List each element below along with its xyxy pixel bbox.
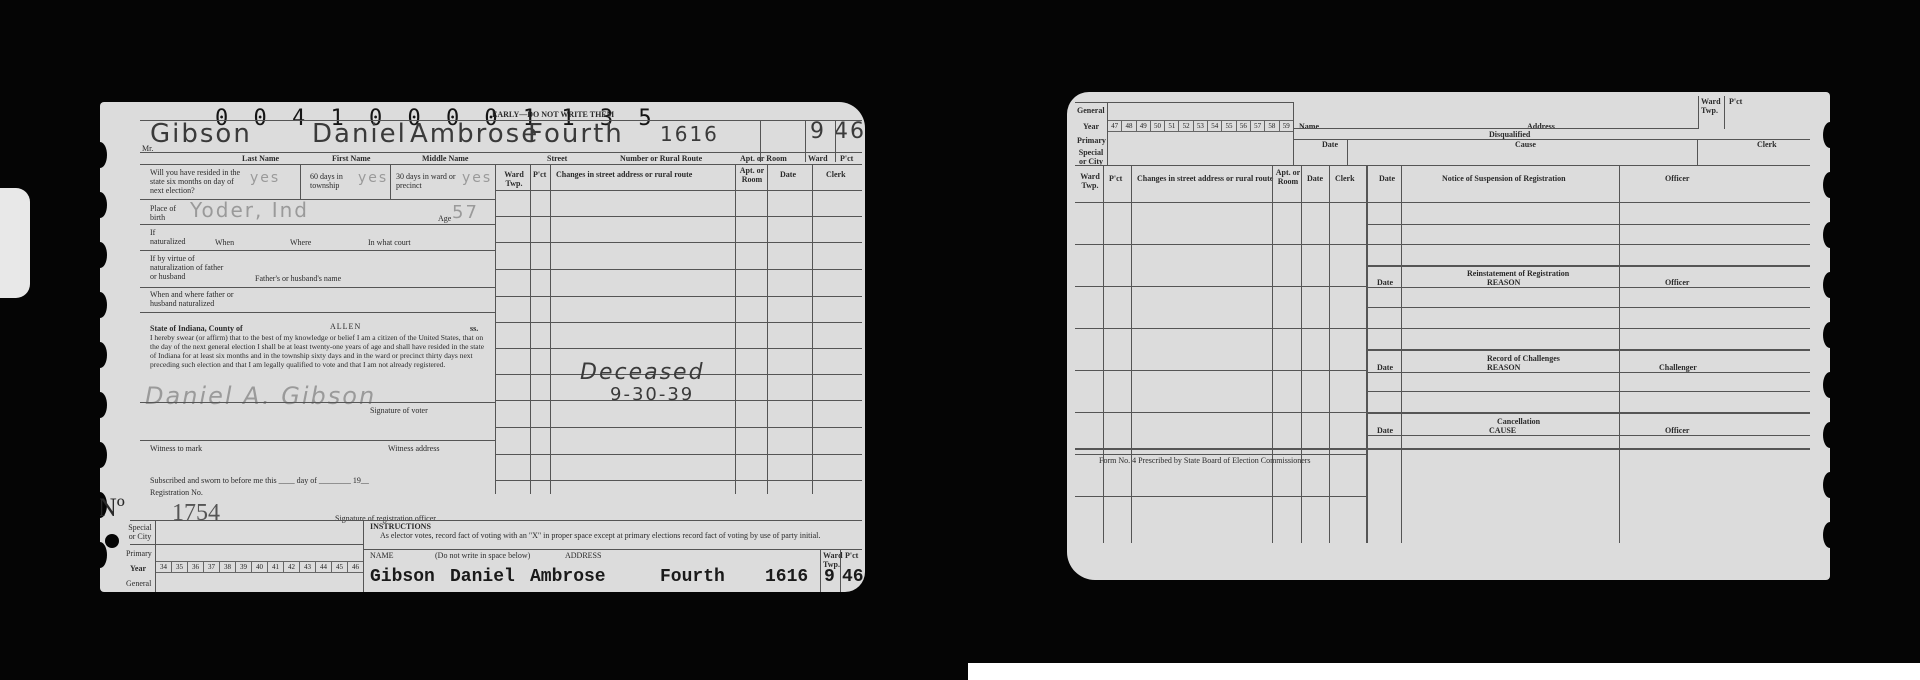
label-number: Number or Rural Route	[620, 154, 702, 163]
oath-heading: State of Indiana, County of	[150, 324, 243, 333]
record-label-special: Special or City	[126, 523, 154, 541]
challenges-header-reason: REASON	[1487, 363, 1520, 372]
address-label: Address	[1527, 122, 1555, 131]
typed-middle-name: Ambrose	[530, 567, 606, 587]
header-notice: EARLY—DO NOT WRITE THEM	[492, 110, 614, 119]
changes-header-ward: Ward Twp.	[1077, 172, 1103, 190]
deceased-note: Deceased	[580, 360, 705, 385]
reinstatement-title: Reinstatement of Registration	[1467, 269, 1569, 278]
typed-pct: 46	[842, 567, 864, 587]
suspension-header-notice: Notice of Suspension of Registration	[1442, 174, 1566, 183]
card-notch	[1823, 122, 1830, 148]
typed-pct-label: P'ct	[845, 551, 858, 560]
reinstatement-header-officer: Officer	[1665, 278, 1689, 287]
ward-value: 9	[810, 119, 826, 144]
last-name-value: Gibson	[150, 119, 252, 149]
father-naturalization-label: If by virtue of naturalization of father…	[150, 254, 225, 281]
ward-twp-label: Ward Twp.	[1701, 97, 1723, 115]
residency-township-question: 60 days in township	[310, 172, 355, 190]
registration-no-label: Registration No.	[150, 488, 203, 497]
pct-value: 46	[834, 119, 865, 144]
card-notch	[100, 142, 107, 168]
changes-header-date: Date	[780, 170, 796, 179]
card-notch	[100, 342, 107, 368]
typed-street: Fourth	[660, 567, 725, 587]
form-footer: Form No. 4 Prescribed by State Board of …	[1099, 456, 1311, 465]
reinstatement-header-date: Date	[1377, 278, 1393, 287]
changes-header-date: Date	[1307, 174, 1323, 183]
voter-signature-label: Signature of voter	[370, 406, 428, 415]
county-value: ALLEN	[330, 322, 361, 331]
disqualified-label: Disqualified	[1489, 130, 1530, 139]
disqualified-cause-label: Cause	[1515, 140, 1536, 149]
age-value: 57	[452, 202, 479, 223]
card-notch	[1823, 372, 1830, 398]
middle-name-value: Ambrose	[410, 119, 539, 149]
reinstatement-header-reason: REASON	[1487, 278, 1520, 287]
registration-card-front: 0 0 4 1 0 0 0 0 1 1 3 5 EARLY—DO NOT WRI…	[100, 102, 865, 592]
typed-address-label: ADDRESS	[565, 551, 601, 560]
card-notch	[100, 192, 107, 218]
label-street: Street	[547, 154, 567, 163]
changes-header-ward: Ward Twp.	[500, 170, 528, 188]
number-symbol: Nº	[100, 494, 125, 522]
father-name-label: Father's or husband's name	[255, 274, 341, 283]
card-notch	[1823, 272, 1830, 298]
year-grid-front: 34 35 36 37 38 39 40 41 42 43 44 45 46	[155, 561, 364, 573]
card-notch	[1823, 222, 1830, 248]
label-first-name: First Name	[332, 154, 370, 163]
card-notch	[100, 242, 107, 268]
record-label-special: Special or City	[1077, 148, 1105, 166]
punch-hole	[105, 534, 119, 548]
cancellation-header-cause: CAUSE	[1489, 426, 1516, 435]
registration-number: 1754	[172, 500, 220, 526]
instructions-title: INSTRUCTIONS	[370, 522, 431, 531]
disqualified-clerk-label: Clerk	[1757, 140, 1777, 149]
pct-label: P'ct	[1729, 97, 1742, 106]
adjacent-card-edge	[0, 188, 30, 298]
disqualified-date-label: Date	[1322, 140, 1338, 149]
oath-text: I hereby swear (or affirm) that to the b…	[150, 333, 490, 369]
challenges-header-challenger: Challenger	[1659, 363, 1697, 372]
number-value: 1616	[660, 122, 719, 146]
naturalized-label: If naturalized	[150, 228, 190, 246]
card-notch	[1823, 522, 1830, 548]
residency-ward-answer: yes	[462, 170, 492, 186]
residency-state-question: Will you have resided in the state six m…	[150, 168, 245, 195]
record-label-year: Year	[130, 564, 146, 573]
cancellation-title: Cancellation	[1497, 417, 1540, 426]
record-label-primary: Primary	[1077, 136, 1106, 145]
subscribed-label: Subscribed and sworn to before me this _…	[150, 476, 369, 485]
record-label-primary: Primary	[126, 549, 152, 558]
label-apt: Apt. or Room	[740, 154, 787, 163]
witness-label: Witness to mark	[150, 444, 202, 453]
do-not-write-label: (Do not write in space below)	[435, 551, 530, 560]
residency-state-answer: yes	[250, 170, 280, 186]
record-label-year: Year	[1083, 122, 1099, 131]
changes-header-apt: Apt. or Room	[1274, 168, 1302, 186]
card-notch	[1823, 422, 1830, 448]
typed-name-label: NAME	[370, 551, 394, 560]
card-notch	[100, 392, 107, 418]
registration-card-back: General Year Primary Special or City 47 …	[1067, 92, 1830, 580]
deceased-date: 9-30-39	[610, 384, 694, 405]
typed-ward: 9	[824, 567, 835, 587]
residency-township-answer: yes	[358, 170, 388, 186]
birth-value: Yoder, Ind	[190, 198, 309, 222]
naturalized-where: Where	[290, 238, 311, 247]
birth-label: Place of birth	[150, 204, 190, 222]
changes-header-address: Changes in street address or rural route	[1137, 174, 1273, 183]
label-ward: Ward	[808, 154, 828, 163]
card-notch	[1823, 172, 1830, 198]
cancellation-header-officer: Officer	[1665, 426, 1689, 435]
challenges-header-date: Date	[1377, 363, 1393, 372]
typed-last-name: Gibson	[370, 567, 435, 587]
suspension-header-officer: Officer	[1665, 174, 1689, 183]
changes-header-pct: P'ct	[1109, 174, 1122, 183]
label-middle-name: Middle Name	[422, 154, 468, 163]
age-label: Age	[438, 214, 451, 223]
instructions-text: As elector votes, record fact of voting …	[380, 531, 845, 540]
cancellation-header-date: Date	[1377, 426, 1393, 435]
changes-header-address: Changes in street address or rural route	[556, 170, 692, 179]
challenges-title: Record of Challenges	[1487, 354, 1560, 363]
when-where-label: When and where father or husband natural…	[150, 290, 245, 308]
first-name-value: Daniel	[312, 119, 407, 149]
naturalized-when: When	[215, 238, 234, 247]
witness-address-label: Witness address	[388, 444, 439, 453]
changes-header-clerk: Clerk	[1335, 174, 1355, 183]
card-notch	[1823, 472, 1830, 498]
changes-header-clerk: Clerk	[826, 170, 846, 179]
card-notch	[100, 292, 107, 318]
typed-number: 1616	[765, 567, 808, 587]
label-last-name: Last Name	[242, 154, 279, 163]
suspension-header-date: Date	[1379, 174, 1395, 183]
white-strip	[968, 663, 1920, 680]
name-label: Name	[1299, 122, 1319, 131]
label-pct: P'ct	[840, 154, 853, 163]
record-label-general: General	[126, 579, 151, 588]
typed-first-name: Daniel	[450, 567, 515, 587]
record-label-general: General	[1077, 106, 1105, 115]
year-grid-back: 47 48 49 50 51 52 53 54 55 56 57 58 59	[1107, 120, 1294, 132]
card-notch	[100, 442, 107, 468]
naturalized-court: In what court	[368, 238, 411, 247]
voter-signature: Daniel A. Gibson	[145, 382, 376, 410]
changes-header-apt: Apt. or Room	[738, 166, 766, 184]
residency-ward-question: 30 days in ward or precinct	[396, 172, 456, 190]
changes-header-pct: P'ct	[533, 170, 546, 179]
ss-label: ss.	[470, 324, 478, 333]
street-value: Fourth	[528, 119, 624, 149]
card-notch	[100, 542, 107, 568]
card-notch	[1823, 322, 1830, 348]
